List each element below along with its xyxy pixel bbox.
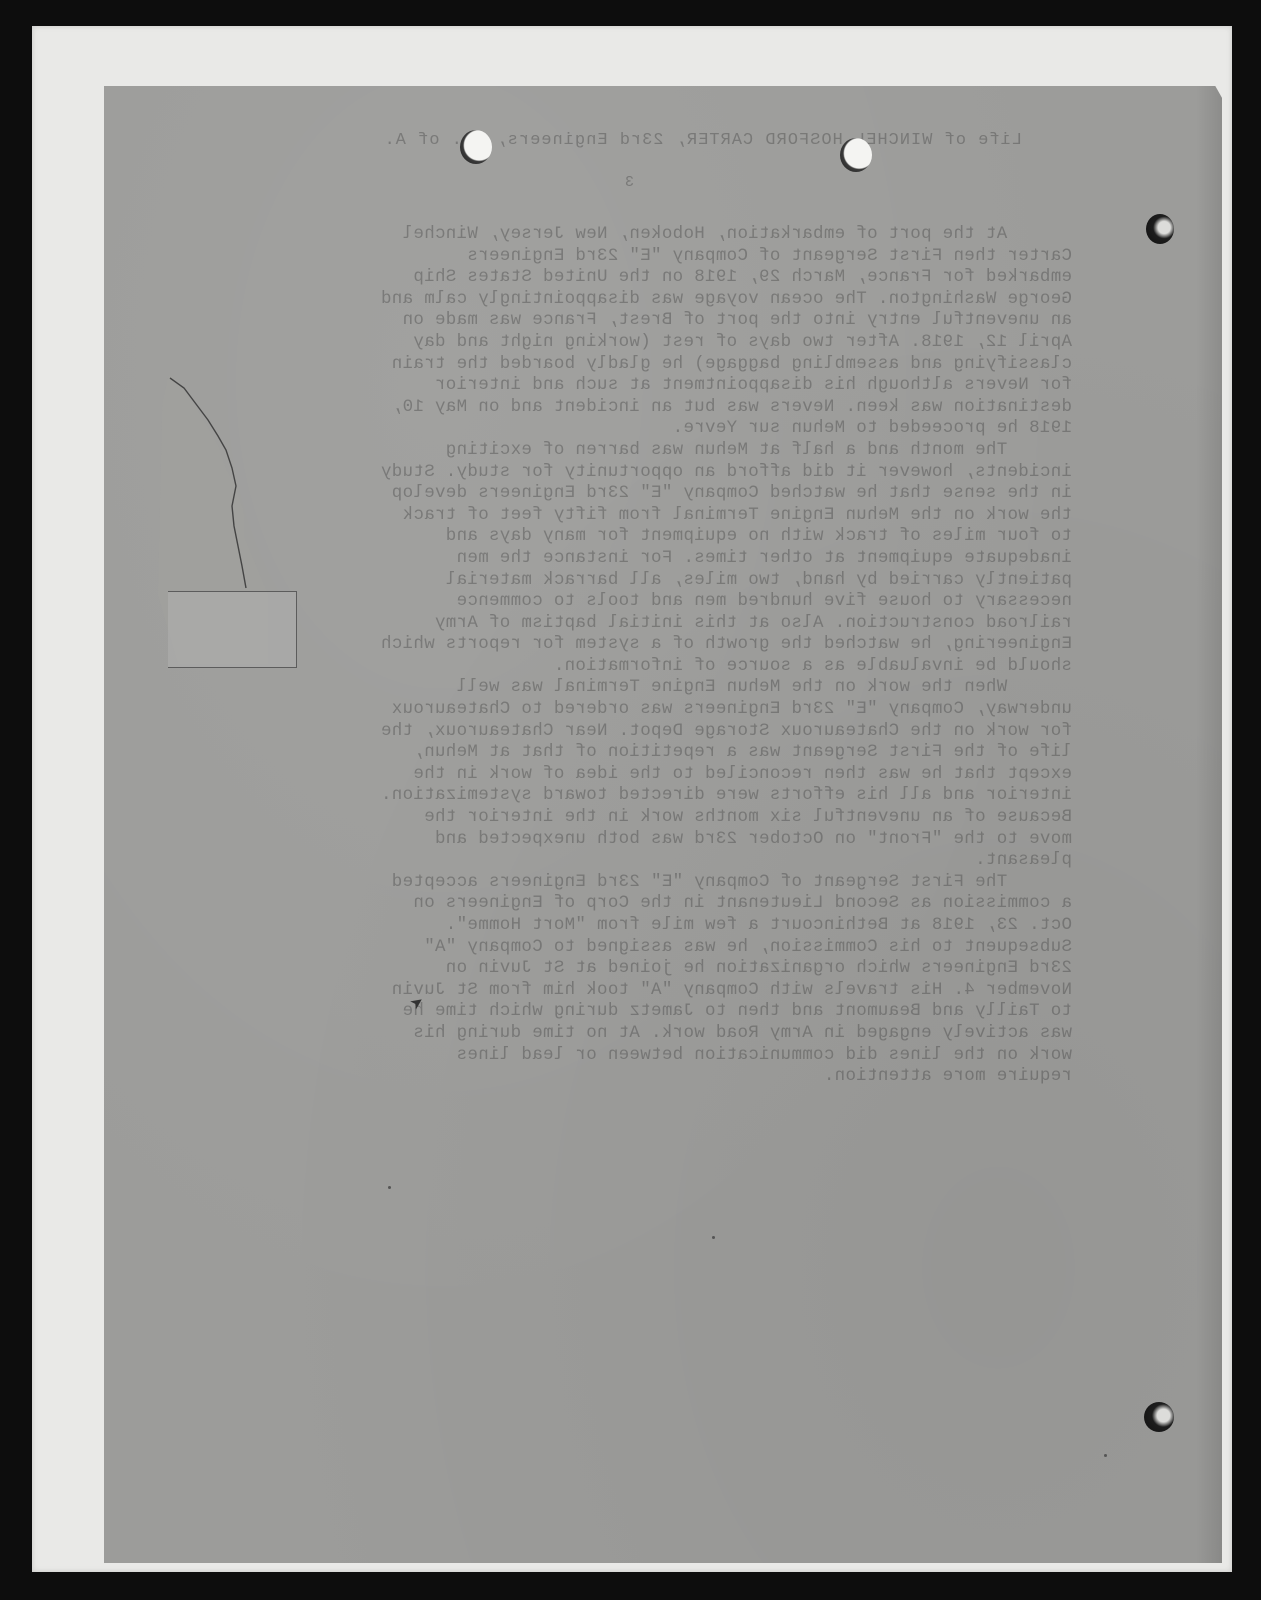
page-number: 3 <box>625 172 634 194</box>
punch-hole <box>1146 214 1174 244</box>
tape-repair-edge <box>168 591 297 668</box>
bleed-through-text: Life of WINCHEL HOSFORD CARTER, 23rd Eng… <box>104 86 1222 1563</box>
punch-hole <box>1144 1402 1174 1432</box>
speck <box>1104 1454 1107 1457</box>
scan-mount-background: Life of WINCHEL HOSFORD CARTER, 23rd Eng… <box>32 26 1232 1572</box>
speck <box>712 1236 715 1239</box>
document-body: At the port of embarkation, Hoboken, New… <box>172 224 1072 1088</box>
body-text: At the port of embarkation, Hoboken, New… <box>381 224 1072 1086</box>
document-page: Life of WINCHEL HOSFORD CARTER, 23rd Eng… <box>104 86 1222 1563</box>
document-heading: Life of WINCHEL HOSFORD CARTER, 23rd Eng… <box>104 130 1022 152</box>
punch-hole <box>460 130 492 164</box>
punch-hole <box>840 138 872 172</box>
paper-tear-line <box>162 376 262 591</box>
speck <box>388 1186 391 1189</box>
